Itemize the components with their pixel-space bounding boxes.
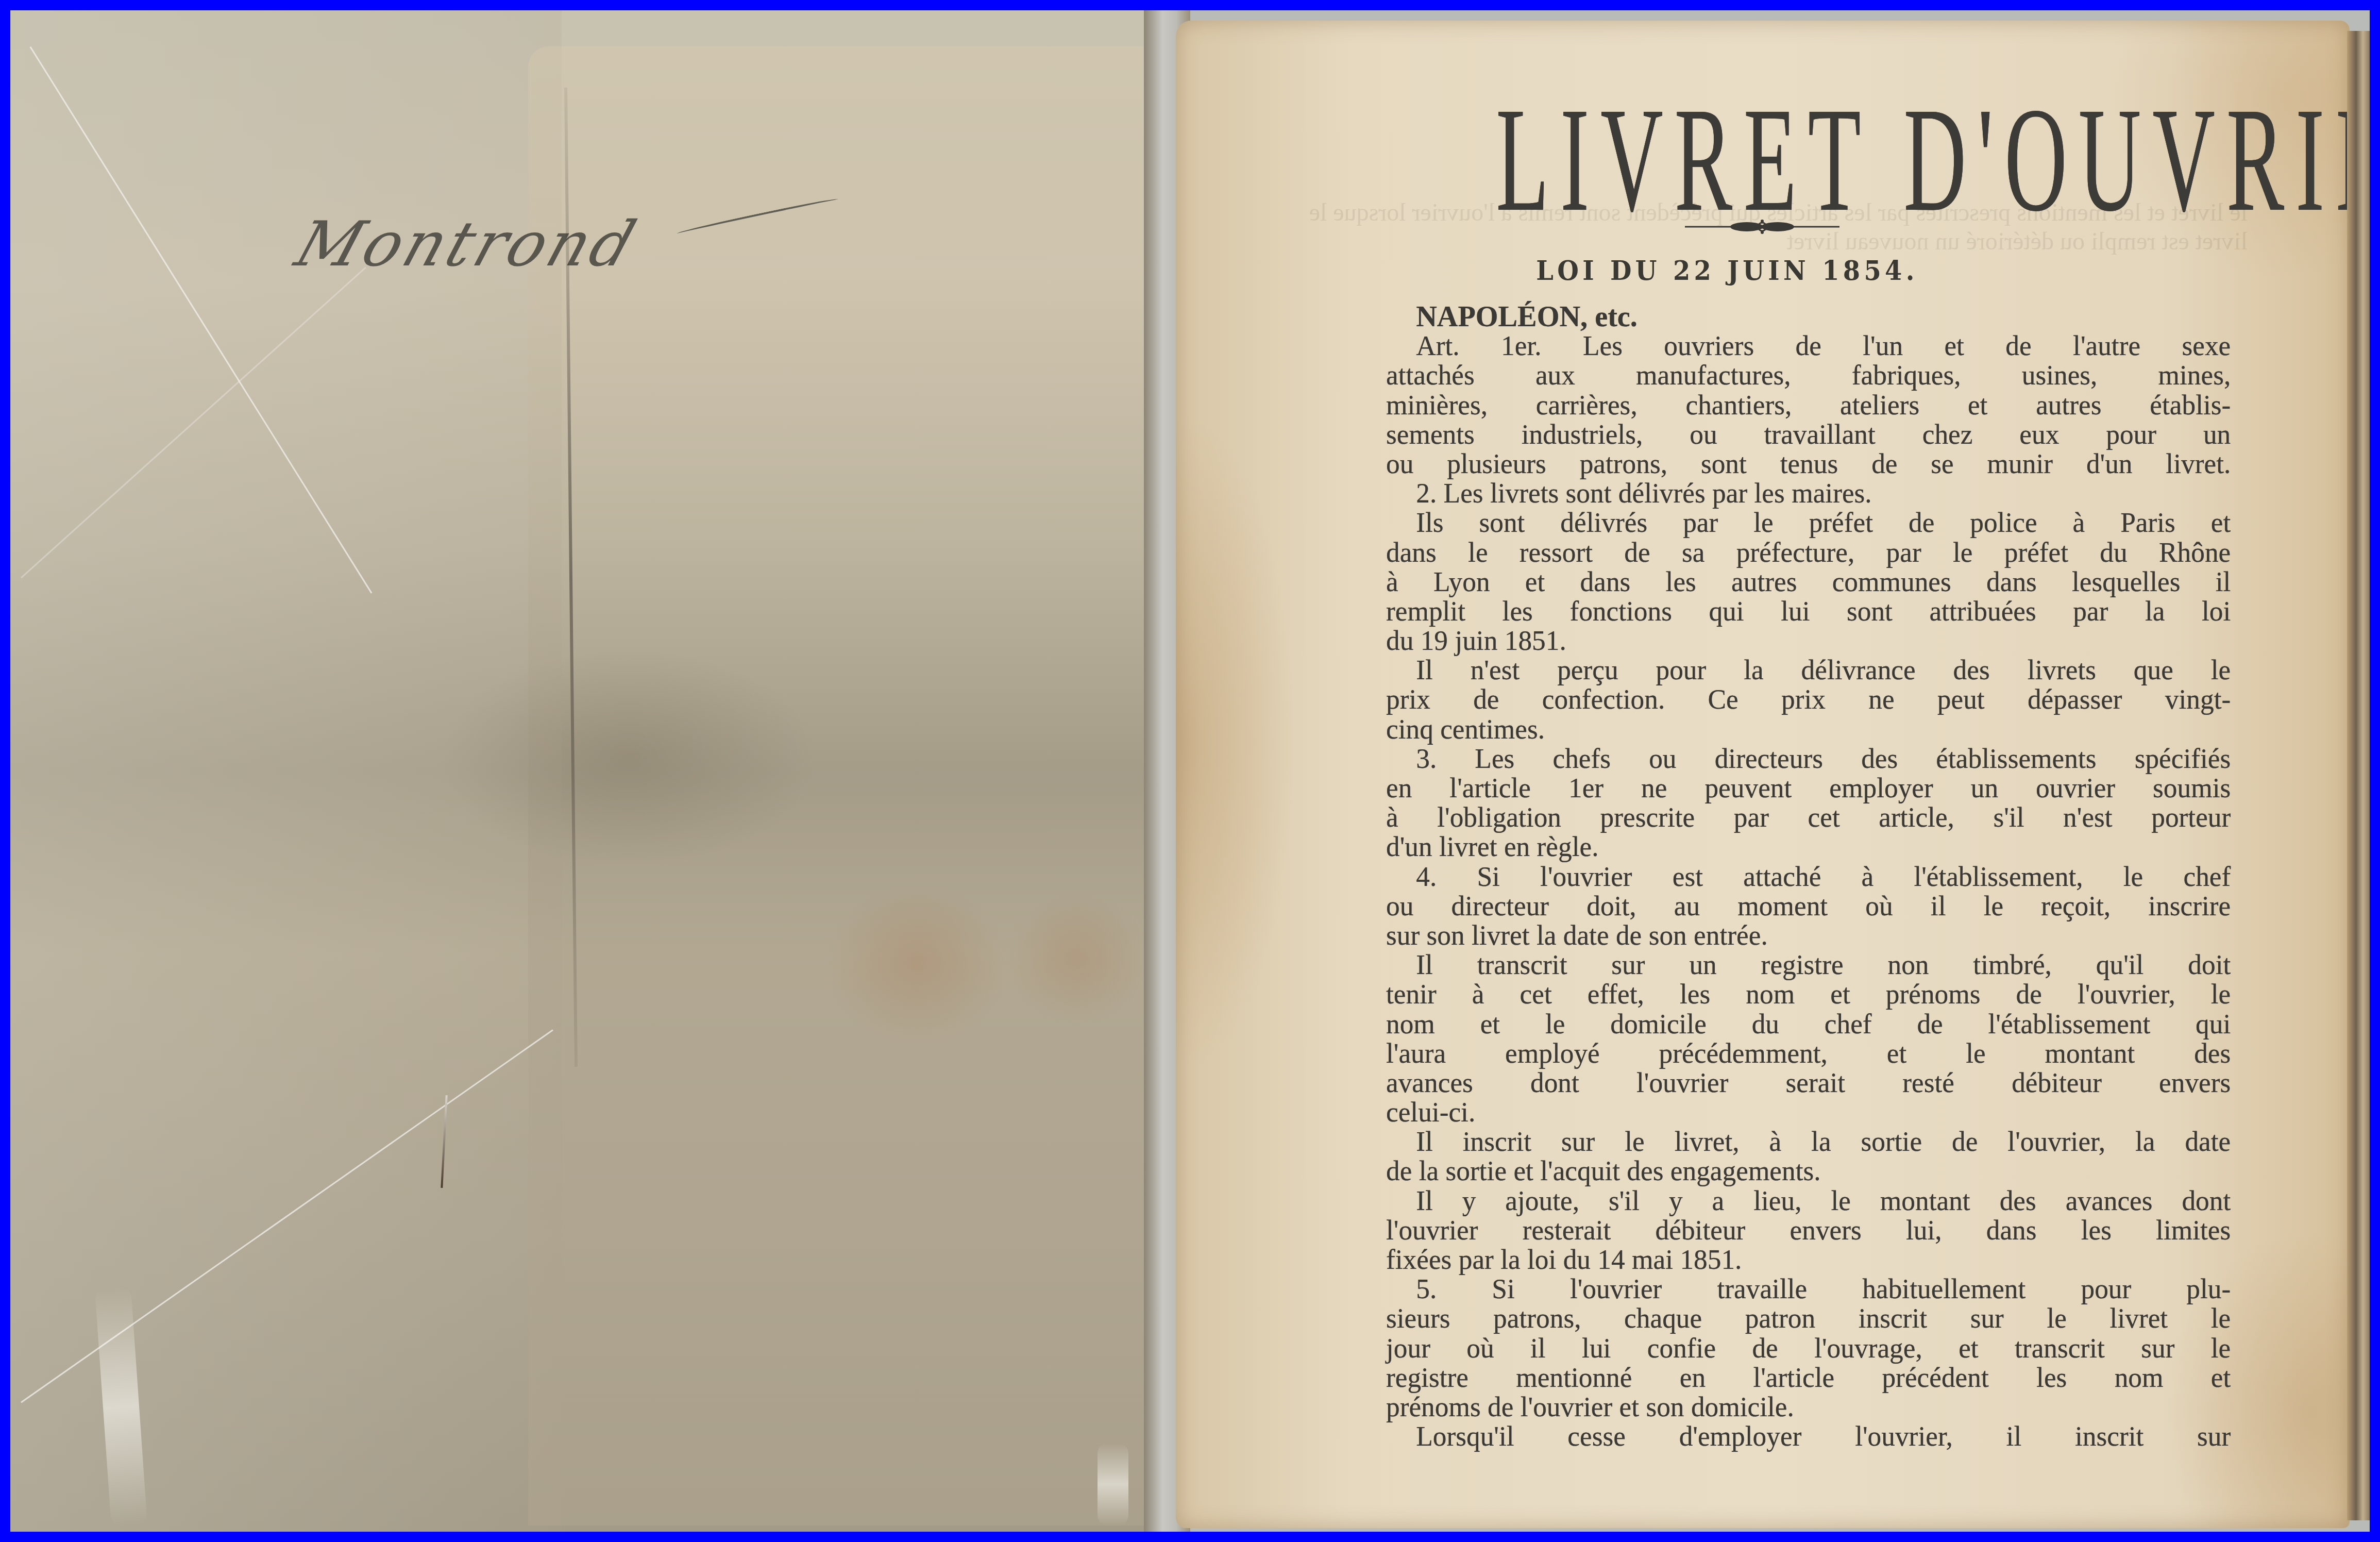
- handwritten-name: Montrond: [287, 209, 647, 280]
- text-line: d'un livret en règle.: [1386, 832, 2231, 861]
- text-line: 2. Les livrets sont délivrés par les mai…: [1386, 478, 2231, 508]
- page-stack-edge: [2347, 31, 2370, 1520]
- text-line: Il transcrit sur un registre non timbré,…: [1386, 950, 2231, 979]
- text-line: Il inscrit sur le livret, à la sortie de…: [1386, 1127, 2231, 1156]
- text-line: Il y ajoute, s'il y a lieu, le montant d…: [1386, 1186, 2231, 1215]
- text-line: Il n'est perçu pour la délivrance des li…: [1386, 655, 2231, 684]
- text-line: cinq centimes.: [1386, 714, 2231, 744]
- text-line: jour où il lui confie de l'ouvrage, et t…: [1386, 1333, 2231, 1363]
- text-line: Ils sont délivrés par le préfet de polic…: [1386, 508, 2231, 537]
- text-line: ou plusieurs patrons, sont tenus de se m…: [1386, 449, 2231, 478]
- page-title: LIVRET D'OUVRIER.: [1496, 85, 1896, 234]
- text-line: nom et le domicile du chef de l'établiss…: [1386, 1009, 2231, 1038]
- text-line: l'ouvrier resterait débiteur envers lui,…: [1386, 1215, 2231, 1245]
- text-line: sieurs patrons, chaque patron inscrit su…: [1386, 1303, 2231, 1333]
- text-line: registre mentionné en l'article précéden…: [1386, 1363, 2231, 1392]
- right-page-text: le livret et les mentions prescrites par…: [1176, 21, 2350, 1528]
- decorative-rule-icon: [1685, 219, 1839, 234]
- text-line: Art. 1er. Les ouvriers de l'un et de l'a…: [1386, 331, 2231, 360]
- text-line: Lorsqu'il cesse d'employer l'ouvrier, il…: [1386, 1421, 2231, 1451]
- text-line: avances dont l'ouvrier serait resté débi…: [1386, 1068, 2231, 1097]
- text-line: ou directeur doit, au moment où il le re…: [1386, 891, 2231, 920]
- text-line: 4. Si l'ouvrier est attaché à l'établiss…: [1386, 862, 2231, 891]
- text-line: remplit les fonctions qui lui sont attri…: [1386, 596, 2231, 626]
- text-line: 3. Les chefs ou directeurs des établisse…: [1386, 744, 2231, 773]
- text-line: 5. Si l'ouvrier travaille habituellement…: [1386, 1274, 2231, 1303]
- text-line: tenir à cet effet, les nom et prénoms de…: [1386, 979, 2231, 1009]
- text-line: dans le ressort de sa préfecture, par le…: [1386, 538, 2231, 567]
- left-page-cover: Montrond: [10, 10, 1167, 1532]
- text-line: sur son livret la date de son entrée.: [1386, 920, 2231, 950]
- text-line: minières, carrières, chantiers, ateliers…: [1386, 390, 2231, 420]
- text-line: celui-ci.: [1386, 1097, 2231, 1127]
- text-line: prix de confection. Ce prix ne peut dépa…: [1386, 684, 2231, 714]
- text-line: du 19 juin 1851.: [1386, 626, 2231, 655]
- text-line: attachés aux manufactures, fabriques, us…: [1386, 360, 2231, 390]
- text-line: sements industriels, ou travaillant chez…: [1386, 420, 2231, 449]
- text-line: NAPOLÉON, etc.: [1386, 301, 2231, 331]
- text-line: à l'obligation prescrite par cet article…: [1386, 802, 2231, 832]
- text-line: prénoms de l'ouvrier et son domicile.: [1386, 1392, 2231, 1421]
- law-date: LOI DU 22 JUIN 1854.: [1466, 255, 1988, 287]
- text-line: en l'article 1er ne peuvent employer un …: [1386, 773, 2231, 802]
- text-line: de la sortie et l'acquit des engagements…: [1386, 1156, 2231, 1185]
- sleeve-glare: [1098, 1443, 1128, 1526]
- scanned-document: Montrond le livret et les mentions presc…: [10, 10, 2370, 1532]
- text-line: à Lyon et dans les autres communes dans …: [1386, 567, 2231, 596]
- law-body-text: NAPOLÉON, etc.Art. 1er. Les ouvriers de …: [1386, 301, 2257, 1451]
- text-line: l'aura employé précédemment, et le monta…: [1386, 1038, 2231, 1068]
- text-line: fixées par la loi du 14 mai 1851.: [1386, 1245, 2231, 1274]
